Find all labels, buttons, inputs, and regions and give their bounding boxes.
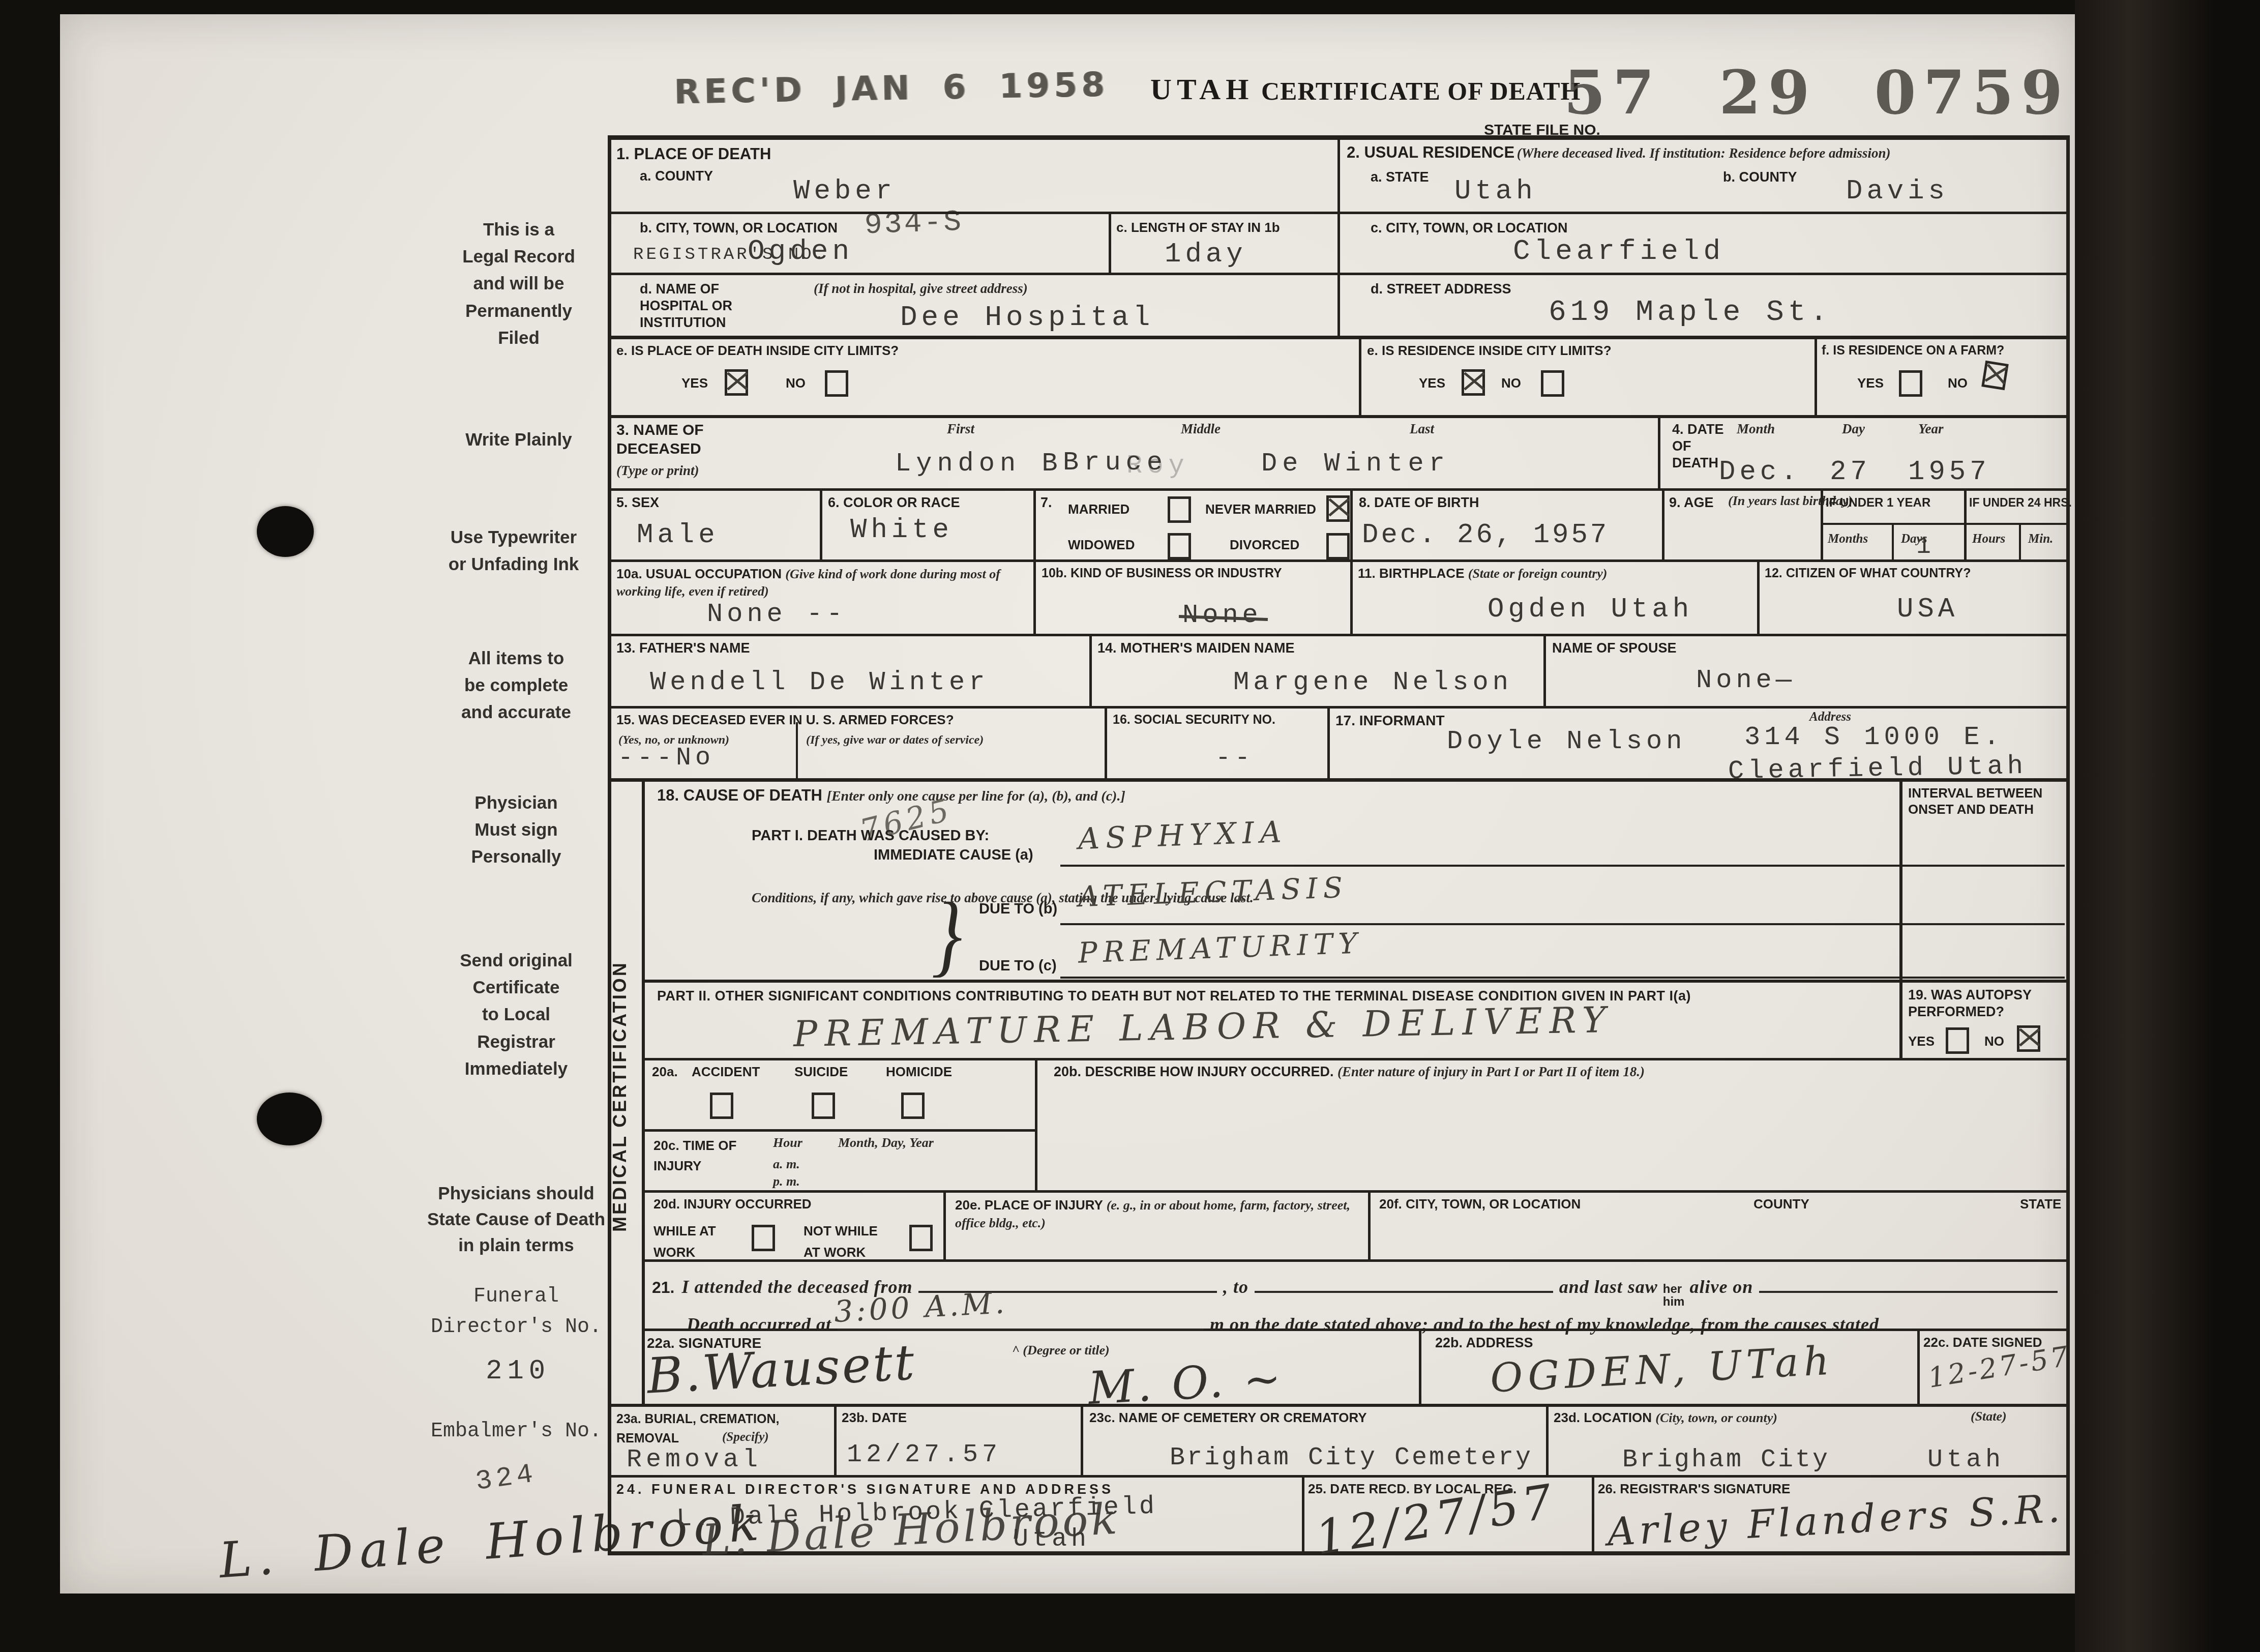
divider [1350, 559, 1353, 635]
divider [1350, 488, 1353, 560]
divider [608, 634, 2070, 636]
write-line [1060, 865, 2065, 867]
divider [1337, 135, 1340, 337]
field-2f-yes-label: YES [1857, 375, 1884, 392]
field-4-month-value: Dec. [1719, 457, 1801, 488]
divider [642, 1129, 1035, 1132]
field-1-title: 1. PLACE OF DEATH [616, 144, 771, 164]
physician-degree: M. O. ~ [1087, 1352, 1286, 1414]
field-20b-label-row: 20b. DESCRIBE HOW INJURY OCCURRED. (Ente… [1054, 1064, 1645, 1080]
field-20d-label: 20d. INJURY OCCURRED [653, 1196, 812, 1213]
field-2b-label: b. COUNTY [1723, 169, 1797, 186]
field-20e-label: 20e. PLACE OF INJURY [955, 1197, 1107, 1213]
field-15-value: ---No [618, 744, 715, 773]
field-14-label: 14. MOTHER'S MAIDEN NAME [1097, 640, 1294, 657]
field-1d-value: Dee Hospital [900, 301, 1154, 334]
field-1c-value: 1day [1165, 239, 1247, 270]
divider [1658, 415, 1660, 489]
field-3-ghost-overtype: Roy [1126, 451, 1190, 481]
field-20f-state-label: STATE [2020, 1196, 2061, 1213]
field-3-col-first: First [947, 420, 974, 438]
field-7-widowed-label: WIDOWED [1068, 537, 1135, 553]
field-20c-hour-label: Hour [773, 1134, 802, 1152]
field-20b-note: (Enter nature of injury in Part I or Par… [1337, 1064, 1645, 1079]
page-title: CERTIFICATE OF DEATH [1261, 76, 1581, 106]
field-2a-label: a. STATE [1371, 169, 1429, 186]
field-1a-label: a. COUNTY [640, 168, 713, 185]
field-21-her: her [1663, 1283, 1685, 1295]
divider [1757, 559, 1760, 635]
field-2d-value: 619 Maple St. [1549, 296, 1831, 329]
field-21-him: him [1663, 1295, 1685, 1308]
field-26-label: 26. REGISTRAR'S SIGNATURE [1598, 1481, 1790, 1497]
field-1e-yes-checkbox [725, 369, 748, 396]
field-7-divorced-label: DIVORCED [1230, 537, 1299, 553]
field-21-text4: alive on [1689, 1276, 1753, 1297]
field-20c-label: 20c. TIME OF INJURY [653, 1135, 736, 1176]
field-20b-label: 20b. DESCRIBE HOW INJURY OCCURRED. [1054, 1064, 1337, 1079]
field-9-days-value: 1 [1916, 533, 1935, 560]
margin-plain-terms: Physicians should State Cause of Death i… [386, 1181, 646, 1258]
field-2e-no-checkbox [1541, 370, 1564, 397]
field-3-title: 3. NAME OF DECEASED [616, 421, 704, 458]
field-9-hours-label: Hours [1972, 531, 2005, 548]
field-20a-num: 20a. [652, 1064, 678, 1080]
field-21-num: 21. [652, 1278, 674, 1297]
divider [1033, 559, 1036, 635]
field-20a-suicide-label: SUICIDE [794, 1064, 848, 1080]
field-20a-homicide-label: HOMICIDE [886, 1064, 952, 1080]
field-2c-label: c. CITY, TOWN, OR LOCATION [1371, 220, 1568, 237]
field-2e-yes-checkbox [1462, 369, 1485, 396]
field-17-value: Doyle Nelson [1447, 726, 1686, 756]
divider [608, 415, 2070, 418]
field-12-value: USA [1897, 594, 1958, 625]
divider [796, 722, 798, 779]
field-6-label: 6. COLOR OR RACE [828, 494, 960, 511]
field-17-address-line2: Clearfield Utah [1728, 751, 2028, 786]
field-13-label: 13. FATHER'S NAME [616, 640, 750, 657]
write-line [1060, 977, 2065, 979]
field-1e-yes-label: YES [681, 375, 708, 392]
field-4-year-value: 1957 [1908, 457, 1990, 488]
field-20d-nwaw-checkbox [909, 1225, 933, 1251]
divider [820, 488, 822, 560]
field-21-text2: , to [1223, 1276, 1248, 1297]
divider [1592, 1475, 1594, 1552]
field-9-min-label: Min. [2028, 531, 2053, 548]
field-20f-county-label: COUNTY [1753, 1196, 1809, 1213]
field-18-due-c-label: DUE TO (c) [979, 957, 1057, 975]
field-2-title: 2. USUAL RESIDENCE [1347, 143, 1514, 161]
field-9-under1-label: IF UNDER 1 YEAR [1826, 495, 1930, 510]
divider [642, 778, 645, 1405]
margin-send-original: Send original Certificate to Local Regis… [448, 947, 585, 1082]
divider [1419, 1329, 1421, 1405]
punch-hole [257, 506, 314, 557]
field-2f-yes-checkbox [1899, 370, 1922, 397]
divider [1359, 336, 1361, 416]
punch-hole [257, 1093, 322, 1145]
field-2e-no-label: NO [1501, 375, 1521, 392]
field-20d-waw-label: WHILE AT WORK [653, 1221, 716, 1263]
field-4-day-value: 27 [1830, 457, 1871, 488]
margin-write-plainly: Write Plainly [442, 426, 595, 453]
field-2d-label: d. STREET ADDRESS [1371, 281, 1511, 298]
received-date-stamp: REC'D JAN 6 1958 [673, 65, 1109, 112]
divider [608, 706, 2070, 709]
title-state: UTAH [1150, 72, 1254, 106]
field-5-value: Male [637, 520, 719, 551]
field-1b-label: b. CITY, TOWN, OR LOCATION [640, 220, 838, 237]
field-2e-label: e. IS RESIDENCE INSIDE CITY LIMITS? [1367, 343, 1612, 359]
field-23b-label: 23b. DATE [842, 1410, 907, 1426]
field-21-text6: m on the date stated above; and to the b… [1210, 1314, 1879, 1335]
field-20e-label-row: 20e. PLACE OF INJURY (e. g., in or about… [955, 1196, 1362, 1232]
field-20d-waw-checkbox [752, 1225, 775, 1251]
field-18-immediate-label: IMMEDIATE CAUSE (a) [874, 846, 1033, 864]
field-11-note: (State or foreign country) [1468, 566, 1608, 581]
field-5-label: 5. SEX [616, 494, 659, 511]
field-8-label: 8. DATE OF BIRTH [1359, 494, 1479, 511]
field-7-never-married-label: NEVER MARRIED [1205, 501, 1316, 518]
field-22b-label: 22b. ADDRESS [1435, 1335, 1533, 1351]
field-23d-label: 23d. LOCATION [1554, 1410, 1655, 1425]
field-22a-degree-note: ^ (Degree or title) [1012, 1342, 1110, 1359]
field-1d-note: (If not in hospital, give street address… [814, 280, 1028, 298]
scanner-background [2075, 0, 2260, 1652]
field-spouse-value: None— [1696, 665, 1796, 695]
divider [1662, 488, 1664, 560]
field-20d-nwaw-label: NOT WHILE AT WORK [804, 1221, 878, 1263]
field-18-due-b-label: DUE TO (b) [979, 900, 1057, 918]
field-21-text3: and last saw [1559, 1276, 1658, 1297]
field-2f-no-label: NO [1948, 375, 1968, 392]
divider [1917, 1329, 1920, 1405]
field-18-title: 18. CAUSE OF DEATH [657, 786, 827, 804]
field-23a-note: (Specify) [722, 1429, 769, 1446]
margin-all-items: All items to be complete and accurate [437, 645, 595, 726]
field-23a-value: Removal [627, 1445, 762, 1474]
field-12-label: 12. CITIZEN OF WHAT COUNTRY? [1765, 566, 1971, 581]
field-23d-state-note: (State) [1971, 1408, 2007, 1425]
divider [1964, 488, 1967, 560]
divider [1089, 634, 1092, 707]
margin-physician-sign: Physician Must sign Personally [458, 789, 575, 871]
divider [642, 980, 2070, 983]
field-3-col-last: Last [1410, 420, 1434, 438]
field-20c-pm-label: p. m. [773, 1173, 800, 1190]
field-3-value-first: Lyndon B [895, 449, 1063, 479]
field-1d-label: d. NAME OF HOSPITAL OR INSTITUTION [640, 281, 732, 331]
divider [1368, 1190, 1371, 1260]
field-9-label: 9. AGE [1669, 494, 1714, 511]
field-13-value: Wendell De Winter [650, 667, 989, 697]
write-line [1255, 1271, 1553, 1293]
funeral-director-no-label: Funeral Director's No. [407, 1282, 626, 1343]
field-20c-mdy-label: Month, Day, Year [838, 1134, 934, 1152]
field-1b-value: Ogden [748, 235, 853, 268]
state-file-number: 57 29 0759 [1564, 57, 2070, 128]
field-4-col-month: Month [1737, 420, 1775, 438]
field-3-value-last: De Winter [1261, 449, 1450, 479]
divider [1821, 523, 2066, 525]
divider [2019, 523, 2021, 560]
field-7-widowed-checkbox [1168, 533, 1191, 559]
field-20f-label: 20f. CITY, TOWN, OR LOCATION [1379, 1196, 1581, 1213]
field-20a-accident-label: ACCIDENT [692, 1064, 760, 1080]
field-17-address-line1: 314 S 1000 E. [1744, 722, 2004, 752]
field-23c-value: Brigham City Cemetery [1170, 1443, 1533, 1472]
field-23b-value: 12/27.57 [847, 1440, 1001, 1469]
divider [1327, 706, 1330, 779]
field-4-title: 4. DATE OF DEATH [1672, 421, 1724, 471]
field-2f-no-checkbox [1981, 361, 2009, 391]
divider [1815, 336, 1817, 416]
field-4-col-year: Year [1918, 420, 1944, 438]
field-7-married-label: MARRIED [1068, 501, 1129, 518]
margin-use-typewriter: Use Typewriter or Unfading Ink [412, 524, 615, 578]
write-line [1759, 1271, 2058, 1293]
divider [943, 1190, 946, 1260]
field-1e-no-checkbox [825, 370, 848, 397]
embalmer-no-label: Embalmer's No. [402, 1420, 631, 1443]
margin-legal-record: This is a Legal Record and will be Perma… [448, 216, 590, 351]
field-9-months-label: Months [1828, 531, 1868, 548]
divider [834, 1404, 837, 1476]
divider [608, 559, 2070, 562]
field-23d-note: (City, town, or county) [1655, 1410, 1777, 1425]
field-11-value: Ogden Utah [1488, 594, 1693, 625]
field-2b-value: Davis [1846, 176, 1949, 207]
field-1e-label: e. IS PLACE OF DEATH INSIDE CITY LIMITS? [616, 343, 899, 359]
field-20a-accident-checkbox [710, 1093, 733, 1119]
field-20a-homicide-checkbox [901, 1093, 925, 1119]
divider [642, 1190, 2070, 1193]
field-2e-yes-label: YES [1419, 375, 1445, 392]
divider [1302, 1475, 1304, 1552]
divider [1899, 778, 1902, 1059]
divider [1109, 212, 1111, 274]
field-19-yes-checkbox [1946, 1027, 1969, 1054]
field-19-no-checkbox [2017, 1025, 2040, 1052]
field-20c-am-label: a. m. [773, 1156, 800, 1173]
field-19-yes-label: YES [1908, 1034, 1935, 1050]
field-11-label-row: 11. BIRTHPLACE (State or foreign country… [1358, 566, 1607, 581]
field-10a-label: 10a. USUAL OCCUPATION [616, 566, 785, 581]
field-15-note2: (If yes, give war or dates of service) [806, 732, 984, 748]
medical-certification-vertical-label: MEDICAL CERTIFICATION [609, 791, 641, 1402]
field-2-title-row: 2. USUAL RESIDENCE (Where deceased lived… [1347, 143, 1891, 162]
divider [1892, 523, 1894, 560]
field-18-interval-label: INTERVAL BETWEEN ONSET AND DEATH [1908, 785, 2042, 817]
field-23c-label: 23c. NAME OF CEMETERY OR CREMATORY [1089, 1410, 1367, 1426]
divider [642, 1058, 2070, 1060]
field-1a-value: Weber [793, 176, 896, 207]
field-18a-value: ASPHYXIA [1078, 814, 1288, 856]
field-spouse-label: NAME OF SPOUSE [1552, 640, 1677, 657]
field-2f-label: f. IS RESIDENCE ON A FARM? [1822, 343, 2004, 359]
field-1e-no-label: NO [786, 375, 806, 392]
field-19-label: 19. WAS AUTOPSY PERFORMED? [1908, 987, 2032, 1020]
field-9-under24-label: IF UNDER 24 HRS. [1969, 495, 2072, 510]
field-19-no-label: NO [1984, 1034, 2004, 1050]
field-6-value: White [850, 515, 953, 546]
divider [1033, 488, 1036, 560]
divider [1105, 706, 1107, 779]
divider [608, 1475, 2070, 1478]
field-23d-value-state: Utah [1927, 1445, 2005, 1474]
field-7-divorced-checkbox [1326, 533, 1350, 559]
field-21-text5: Death occurred at [687, 1314, 831, 1335]
field-2a-value: Utah [1454, 176, 1537, 207]
field-11-label: 11. BIRTHPLACE [1358, 566, 1468, 581]
field-7-num: 7. [1040, 494, 1052, 511]
field-2-note: (Where deceased lived. If institution: R… [1517, 145, 1891, 161]
scanned-death-certificate: REC'D JAN 6 1958 REGISTRAR'S NO. 934-S U… [0, 0, 2260, 1652]
field-16-label: 16. SOCIAL SECURITY NO. [1113, 712, 1275, 728]
divider [608, 1404, 2070, 1407]
field-10a-value: None -- [707, 599, 846, 629]
field-20a-suicide-checkbox [812, 1093, 835, 1119]
field-7-married-checkbox [1168, 496, 1191, 523]
brace-glyph: } [932, 882, 962, 987]
field-15-label: 15. WAS DECEASED EVER IN U. S. ARMED FOR… [616, 712, 954, 728]
write-line [1060, 923, 2065, 925]
field-14-value: Margene Nelson [1233, 667, 1512, 697]
field-3-col-middle: Middle [1181, 420, 1221, 438]
divider [608, 488, 2070, 491]
divider [1546, 1404, 1549, 1476]
field-4-col-day: Day [1842, 420, 1865, 438]
field-10b-label: 10b. KIND OF BUSINESS OR INDUSTRY [1042, 566, 1282, 581]
field-18-title-row: 18. CAUSE OF DEATH [Enter only one cause… [657, 786, 1125, 805]
field-8-value: Dec. 26, 1957 [1362, 520, 1609, 551]
field-18-title-note: [Enter only one cause per line for (a), … [827, 788, 1125, 804]
field-1c-label: c. LENGTH OF STAY IN 1b [1116, 220, 1280, 236]
field-7-never-married-checkbox [1326, 495, 1350, 522]
field-2c-value: Clearfield [1513, 235, 1724, 268]
field-23d-value-city: Brigham City [1622, 1445, 1830, 1474]
field-23d-label-row: 23d. LOCATION (City, town, or county) [1554, 1410, 1777, 1426]
field-18-part1-label: PART I. DEATH WAS CAUSED BY: [752, 827, 989, 845]
divider [1035, 1058, 1037, 1191]
field-17-label: 17. INFORMANT [1335, 712, 1445, 729]
divider [1543, 634, 1546, 707]
funeral-director-no-value: 210 [486, 1356, 550, 1387]
field-16-value: -- [1215, 744, 1254, 773]
field-10a-label-row: 10a. USUAL OCCUPATION (Give kind of work… [616, 566, 1023, 600]
field-3-note: (Type or print) [616, 462, 699, 480]
divider [1081, 1404, 1083, 1476]
